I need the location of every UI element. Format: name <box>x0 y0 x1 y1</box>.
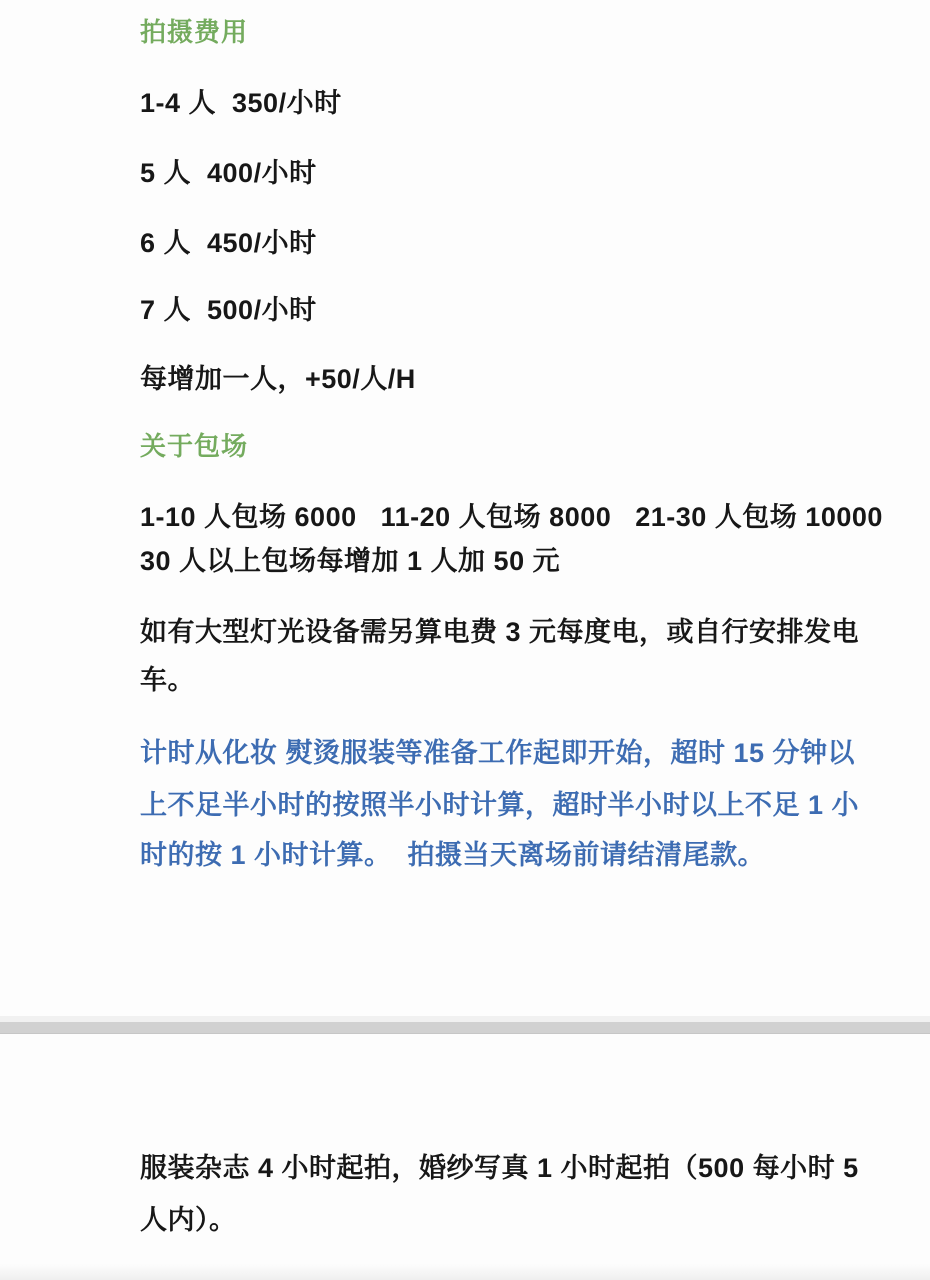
timing-note-line-2: 上不足半小时的按照半小时计算，超时半小时以上不足 1 小 <box>140 790 859 821</box>
fee-line-5-people: 5 人 400/小时 <box>140 158 317 189</box>
minimum-booking-line-1: 服装杂志 4 小时起拍，婚纱写真 1 小时起拍（500 每小时 5 <box>140 1153 859 1184</box>
section-heading-shooting-fees: 拍摄费用 <box>140 18 248 48</box>
fee-line-extra-person: 每增加一人，+50/人/H <box>140 364 416 395</box>
minimum-booking-line-2: 人内）。 <box>140 1205 237 1236</box>
timing-note-line-3: 时的按 1 小时计算。 拍摄当天离场前请结清尾款。 <box>140 840 765 871</box>
fee-line-7-people: 7 人 500/小时 <box>140 295 317 326</box>
document-viewport: { "colors": { "heading-green": "#74ab5e"… <box>0 0 930 1280</box>
fee-line-1-4-people: 1-4 人 350/小时 <box>140 88 342 119</box>
bottom-edge-shade <box>0 1264 930 1280</box>
timing-note-line-1: 计时从化妆 熨烫服装等准备工作起即开始，超时 15 分钟以 <box>140 738 855 769</box>
electricity-note-line-2: 车。 <box>140 665 195 696</box>
page-separator <box>0 1022 930 1034</box>
section-heading-venue-booking: 关于包场 <box>140 432 248 462</box>
venue-pricing-line-1: 1-10 人包场 6000 11-20 人包场 8000 21-30 人包场 1… <box>140 502 883 533</box>
fee-line-6-people: 6 人 450/小时 <box>140 228 317 259</box>
venue-pricing-line-2: 30 人以上包场每增加 1 人加 50 元 <box>140 546 560 577</box>
electricity-note-line-1: 如有大型灯光设备需另算电费 3 元每度电，或自行安排发电 <box>140 617 859 648</box>
